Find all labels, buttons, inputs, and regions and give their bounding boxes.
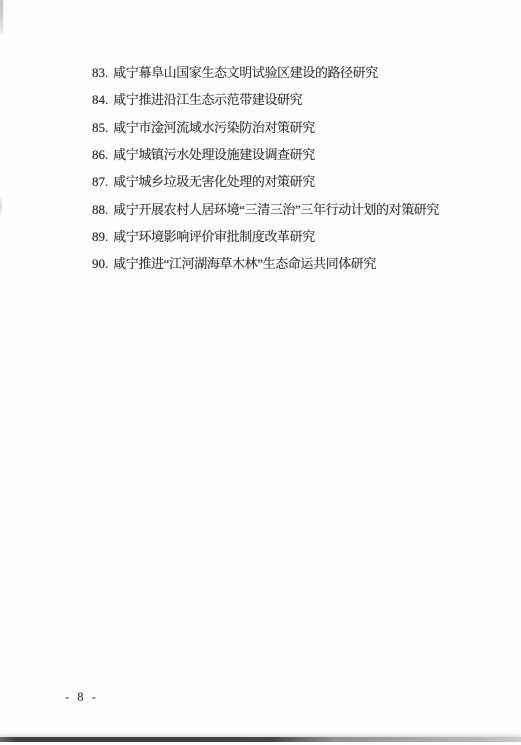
item-text: 咸宁推进“江河湖海草木林”生态命运共同体研究 — [113, 256, 376, 271]
list-item: 88.咸宁开展农村人居环境“三清三治”三年行动计划的对策研究 — [92, 196, 439, 223]
item-number: 87. — [92, 168, 108, 195]
item-text: 咸宁环境影响评价审批制度改革研究 — [113, 229, 315, 244]
item-number: 88. — [92, 196, 108, 223]
list-item: 87.咸宁城乡垃圾无害化处理的对策研究 — [92, 168, 439, 195]
item-text: 咸宁市淦河流域水污染防治对策研究 — [113, 120, 315, 135]
item-number: 83. — [92, 59, 108, 86]
list-item: 83.咸宁幕阜山国家生态文明试验区建设的路径研究 — [92, 59, 439, 86]
item-number: 84. — [92, 86, 108, 113]
document-page: 83.咸宁幕阜山国家生态文明试验区建设的路径研究 84.咸宁推进沿江生态示范带建… — [0, 0, 521, 745]
scan-artifact-bottom-edge — [0, 737, 521, 742]
research-topic-list: 83.咸宁幕阜山国家生态文明试验区建设的路径研究 84.咸宁推进沿江生态示范带建… — [92, 59, 439, 278]
item-number: 85. — [92, 114, 108, 141]
item-text: 咸宁幕阜山国家生态文明试验区建设的路径研究 — [113, 65, 378, 80]
item-text: 咸宁推进沿江生态示范带建设研究 — [113, 92, 302, 107]
item-number: 90. — [92, 250, 108, 277]
list-item: 89.咸宁环境影响评价审批制度改革研究 — [92, 223, 439, 250]
scan-artifact-left-streak — [0, 0, 3, 34]
list-item: 86.咸宁城镇污水处理设施建设调查研究 — [92, 141, 439, 168]
item-number: 86. — [92, 141, 108, 168]
list-item: 84.咸宁推进沿江生态示范带建设研究 — [92, 86, 439, 113]
item-text: 咸宁开展农村人居环境“三清三治”三年行动计划的对策研究 — [113, 202, 439, 217]
scan-artifact-left-mark — [0, 197, 2, 215]
page-number: - 8 - — [65, 690, 98, 705]
item-text: 咸宁城镇污水处理设施建设调查研究 — [113, 147, 315, 162]
item-text: 咸宁城乡垃圾无害化处理的对策研究 — [113, 174, 315, 189]
list-item: 85.咸宁市淦河流域水污染防治对策研究 — [92, 114, 439, 141]
item-number: 89. — [92, 223, 108, 250]
list-item: 90.咸宁推进“江河湖海草木林”生态命运共同体研究 — [92, 250, 439, 277]
